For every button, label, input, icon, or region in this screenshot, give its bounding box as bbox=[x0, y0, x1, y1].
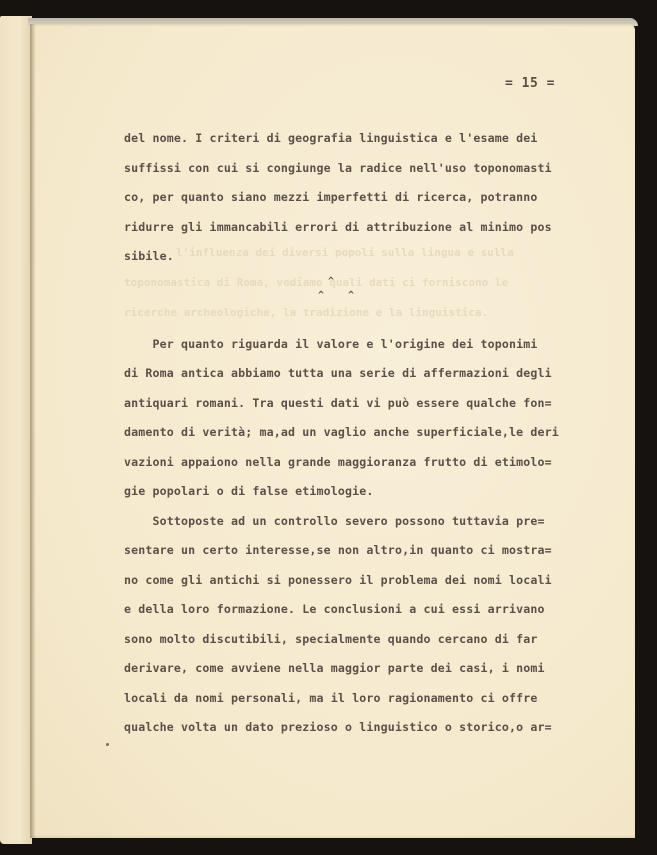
text-line: qualche volta un dato prezioso o linguis… bbox=[124, 713, 564, 743]
text-line: ridurre gli immancabili errori di attrib… bbox=[124, 213, 564, 243]
page-number: = 15 = bbox=[505, 76, 555, 91]
text-line: derivare, come avviene nella maggior par… bbox=[124, 654, 564, 684]
text-line: suffissi con cui si congiunge la radice … bbox=[124, 154, 564, 184]
text-line: Sottoposte ad un controllo severo posson… bbox=[124, 507, 564, 537]
text-line: damento di verità; ma,ad un vaglio anche… bbox=[124, 418, 564, 448]
text-line: co, per quanto siano mezzi imperfetti di… bbox=[124, 183, 564, 213]
text-line: sono molto discutibili, specialmente qua… bbox=[124, 625, 564, 655]
paragraph-3: Sottoposte ad un controllo severo posson… bbox=[124, 507, 564, 743]
caret-mark: ^ bbox=[318, 290, 324, 301]
text-line: no come gli antichi si ponessero il prob… bbox=[124, 566, 564, 596]
body-text: del nome. I criteri di geografia linguis… bbox=[124, 124, 564, 743]
text-line: locali da nomi personali, ma il loro rag… bbox=[124, 684, 564, 714]
text-line: vazioni appaiono nella grande maggioranz… bbox=[124, 448, 564, 478]
ink-speck bbox=[106, 743, 109, 746]
section-separator: ^ ^ ^ bbox=[124, 272, 564, 330]
text-line: antiquari romani. Tra questi dati vi può… bbox=[124, 389, 564, 419]
caret-mark: ^ bbox=[328, 276, 334, 287]
facing-page-edge bbox=[0, 16, 32, 844]
text-line: e della loro formazione. Le conclusioni … bbox=[124, 595, 564, 625]
text-line: sibile. bbox=[124, 242, 564, 272]
caret-mark: ^ bbox=[348, 290, 354, 301]
text-line: di Roma antica abbiamo tutta una serie d… bbox=[124, 359, 564, 389]
text-line: del nome. I criteri di geografia linguis… bbox=[124, 124, 564, 154]
text-line: gie popolari o di false etimologie. bbox=[124, 477, 564, 507]
text-line: sentare un certo interesse,se non altro,… bbox=[124, 536, 564, 566]
text-line: Per quanto riguarda il valore e l'origin… bbox=[124, 330, 564, 360]
paragraph-2: Per quanto riguarda il valore e l'origin… bbox=[124, 330, 564, 507]
binding-shadow bbox=[30, 24, 36, 838]
paragraph-1: del nome. I criteri di geografia linguis… bbox=[124, 124, 564, 272]
